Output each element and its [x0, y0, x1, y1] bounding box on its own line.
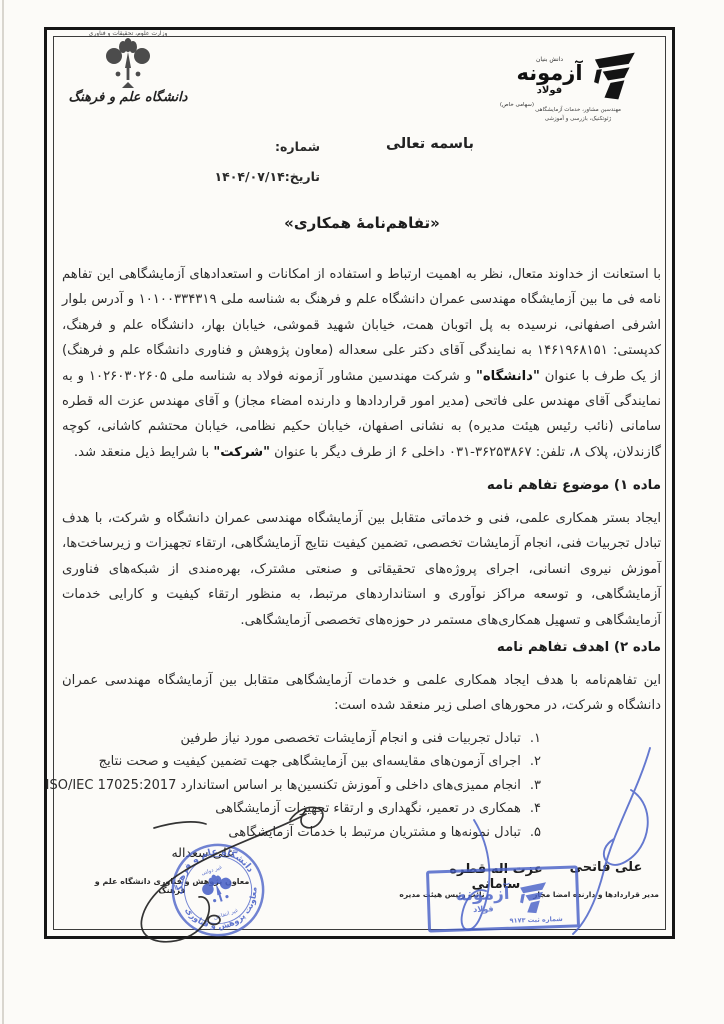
company-stamp-name-sub: فولاد: [456, 904, 510, 914]
article2-paragraph: این تفاهم‌نامه با هدف ایجاد همکاری علمی …: [62, 668, 661, 719]
date-value: ۱۴۰۴/۰۷/۱۴: [215, 169, 285, 184]
university-stamp-inner1: غیر دولتی: [201, 865, 223, 877]
bismillah-text: باسمه تعالی: [330, 136, 530, 152]
number-date-block: شماره: تاریخ:۱۴۰۴/۰۷/۱۴: [198, 139, 320, 199]
list-item-text: همکاری در تعمیر، نگهداری و ارتقاء تجهیزا…: [215, 801, 521, 816]
list-item-text: انجام ممیزی‌های داخلی و آموزش تکنسین‌ها …: [46, 778, 521, 793]
university-name: دانشگاه علم و فرهنگ: [68, 90, 188, 105]
intro-term-company: "شرکت": [213, 445, 270, 460]
company-stamp: آزمونه فولاد شماره ثبت ۹۱۷۳: [426, 865, 580, 932]
scanned-document-page: وزارت علوم، تحقیقات و فناوری دانشگاه علم…: [0, 0, 724, 1024]
date-line: تاریخ:۱۴۰۴/۰۷/۱۴: [198, 169, 320, 199]
company-stamp-name-main: آزمونه: [456, 885, 510, 904]
list-item-text: تبادل نمونه‌ها و مشتریان مرتبط با خدمات …: [228, 825, 520, 840]
list-item-number: ۳.: [530, 778, 541, 793]
intro-seg1: با استعانت از خداوند متعال، نظر به اهمیت…: [62, 267, 661, 384]
list-item-number: ۱.: [530, 731, 541, 746]
goals-list: ۱.تبادل تجربیات فنی و انجام آزمایشات تخص…: [62, 727, 661, 844]
list-item: ۳.انجام ممیزی‌های داخلی و آموزش تکنسین‌ه…: [62, 774, 661, 797]
company-description: مهندسین مشاور، خدمات آزمایشگاهی ژئوتکنیک…: [498, 106, 658, 125]
article1-heading: ماده ۱) موضوع تفاهم نامه: [62, 478, 661, 493]
article2-heading: ماده ۲) اهدف تفاهم نامه: [62, 640, 661, 655]
company-logo: دانش بنیان آزمونه فولاد مهندسین مشاور، خ…: [498, 48, 658, 125]
company-type: (سهامی خاص): [500, 102, 534, 108]
list-item-number: ۴.: [530, 801, 541, 816]
list-item-number: ۲.: [530, 754, 541, 769]
list-item: ۲.اجرای آزمون‌های مقایسه‌ای بین آزمایشگا…: [62, 750, 661, 773]
company-logo-mark-icon: [588, 48, 640, 104]
company-name-main: آزمونه: [516, 63, 582, 84]
company-stamp-logo-icon: [515, 879, 550, 916]
scan-edge-artifact: [2, 0, 4, 1024]
company-desc-line2: ژئوتکنیک، بازرسی و آموزشی: [498, 115, 658, 124]
company-name-sub: فولاد: [516, 85, 582, 96]
university-emblem-icon: [103, 38, 153, 92]
list-item-text: اجرای آزمون‌های مقایسه‌ای بین آزمایشگاهی…: [99, 754, 521, 769]
list-item: ۱.تبادل تجربیات فنی و انجام آزمایشات تخص…: [62, 727, 661, 750]
list-item-text: تبادل تجربیات فنی و انجام آزمایشات تخصصی…: [180, 731, 520, 746]
intro-term-university: "دانشگاه": [476, 369, 540, 384]
number-label: شماره:: [198, 139, 320, 169]
intro-paragraph: با استعانت از خداوند متعال، نظر به اهمیت…: [62, 262, 661, 465]
date-label: تاریخ:: [285, 169, 320, 184]
ministry-caption: وزارت علوم، تحقیقات و فناوری: [68, 30, 188, 37]
list-item: ۵.تبادل نمونه‌ها و مشتریان مرتبط با خدما…: [62, 821, 661, 844]
document-title: «تفاهم‌نامهٔ همکاری»: [162, 214, 562, 232]
university-logo: وزارت علوم، تحقیقات و فناوری دانشگاه علم…: [68, 30, 188, 105]
article1-paragraph: ایجاد بستر همکاری علمی، فنی و خدماتی متق…: [62, 506, 661, 633]
list-item: ۴.همکاری در تعمیر، نگهداری و ارتقاء تجهی…: [62, 797, 661, 820]
list-item-number: ۵.: [530, 825, 541, 840]
intro-seg3: با شرایط ذیل منعقد شد.: [74, 445, 214, 460]
